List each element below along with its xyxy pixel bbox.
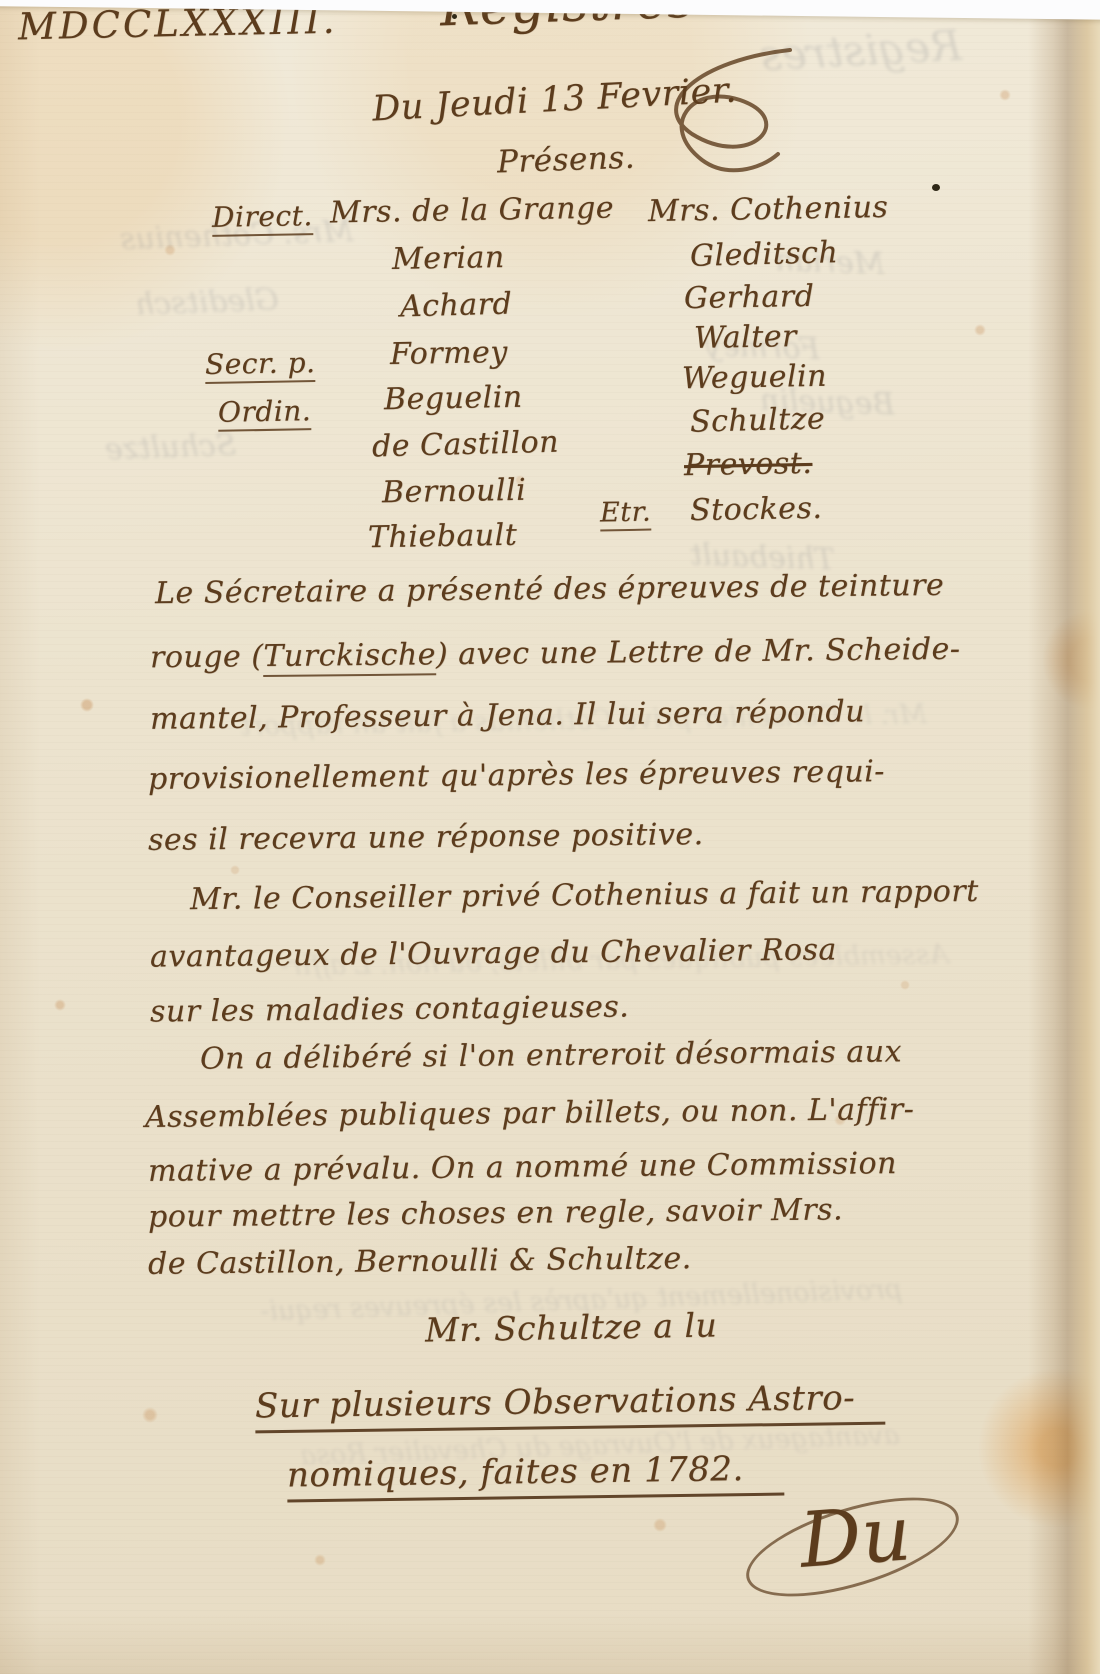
attendee-name: Bernoulli bbox=[382, 473, 527, 511]
manuscript-page: Registres Mrs. Cothenius Gleditsch Schul… bbox=[0, 0, 1100, 1674]
underlined-word: Turckische bbox=[263, 637, 436, 677]
attendee-name: Walter bbox=[694, 319, 797, 356]
bleedthrough-text: Gleditsch bbox=[134, 283, 279, 323]
attendance-label-direct: Direct. bbox=[212, 199, 313, 234]
body-line: mative a prévalu. On a nommé une Commiss… bbox=[148, 1146, 897, 1189]
body-line: Mr. le Conseiller privé Cothenius a fait… bbox=[190, 874, 979, 917]
attendee-name: Mrs. Cothenius bbox=[648, 190, 889, 229]
body-line: Assemblées publiques par billets, ou non… bbox=[145, 1092, 915, 1135]
line-fragment: ) avec une Lettre de Mr. Scheide- bbox=[436, 632, 961, 672]
label-text: Etr. bbox=[600, 497, 652, 532]
body-line: sur les maladies contagieuses. bbox=[150, 989, 630, 1029]
attendee-name: Merian bbox=[392, 240, 505, 277]
attendee-name: Beguelin bbox=[384, 380, 523, 417]
body-line: ses il recevra une réponse positive. bbox=[148, 817, 704, 858]
catchword: Du bbox=[797, 1488, 914, 1585]
attendee-name: Gerhard bbox=[684, 279, 815, 316]
attendee-name: Stockes. bbox=[690, 491, 823, 528]
body-line: Le Sécretaire a présenté des épreuves de… bbox=[155, 568, 945, 611]
memoir-title-line: nomiques, faites en 1782. bbox=[287, 1449, 784, 1496]
attendee-name-struck: Prevost. bbox=[684, 446, 813, 483]
reading-intro: Mr. Schultze a lu bbox=[425, 1305, 718, 1349]
attendee-name: Mrs. de la Grange bbox=[330, 191, 615, 231]
title-text: nomiques, faites en 1782. bbox=[287, 1449, 784, 1503]
label-text: Secr. p. bbox=[205, 346, 316, 384]
body-line: provisionellement qu'après les épreuves … bbox=[148, 754, 885, 797]
presens-heading: Présens. bbox=[496, 140, 635, 181]
body-line: de Castillon, Bernoulli & Schultze. bbox=[148, 1241, 692, 1282]
attendee-name: Thiebault bbox=[368, 518, 518, 556]
attendee-name: Gleditsch bbox=[690, 235, 839, 274]
body-line: mantel, Professeur à Jena. Il lui sera r… bbox=[150, 694, 865, 736]
attendance-label-etranger: Etr. bbox=[600, 497, 652, 529]
attendance-label-secretaire: Secr. p. bbox=[205, 346, 316, 381]
attendee-name: Weguelin bbox=[682, 359, 828, 397]
label-text: Direct. bbox=[212, 199, 313, 237]
body-line: avantageux de l'Ouvrage du Chevalier Ros… bbox=[150, 932, 837, 974]
body-line: rouge (Turckische) avec une Lettre de Mr… bbox=[150, 632, 961, 675]
bleedthrough-text: Schultze bbox=[104, 428, 236, 468]
ink-fleck bbox=[932, 184, 940, 191]
ink-fleck bbox=[452, 14, 457, 19]
page-binding-edge bbox=[1028, 0, 1100, 1674]
body-line: pour mettre les choses en regle, savoir … bbox=[148, 1192, 843, 1234]
title-text: Sur plusieurs Observations Astro- bbox=[255, 1378, 886, 1434]
body-line: On a délibéré si l'on entreroit désormai… bbox=[200, 1034, 902, 1076]
line-fragment: rouge ( bbox=[150, 639, 264, 675]
attendee-name: Achard bbox=[400, 287, 513, 325]
attendee-name: Formey bbox=[390, 335, 508, 372]
attendee-name: de Castillon bbox=[372, 425, 560, 465]
label-text: Ordin. bbox=[218, 394, 312, 432]
struck-text: Prevost. bbox=[684, 446, 813, 483]
attendee-name: Schultze bbox=[690, 401, 826, 440]
attendance-label-ordinaires: Ordin. bbox=[218, 394, 312, 429]
memoir-title-line: Sur plusieurs Observations Astro- bbox=[255, 1378, 886, 1427]
